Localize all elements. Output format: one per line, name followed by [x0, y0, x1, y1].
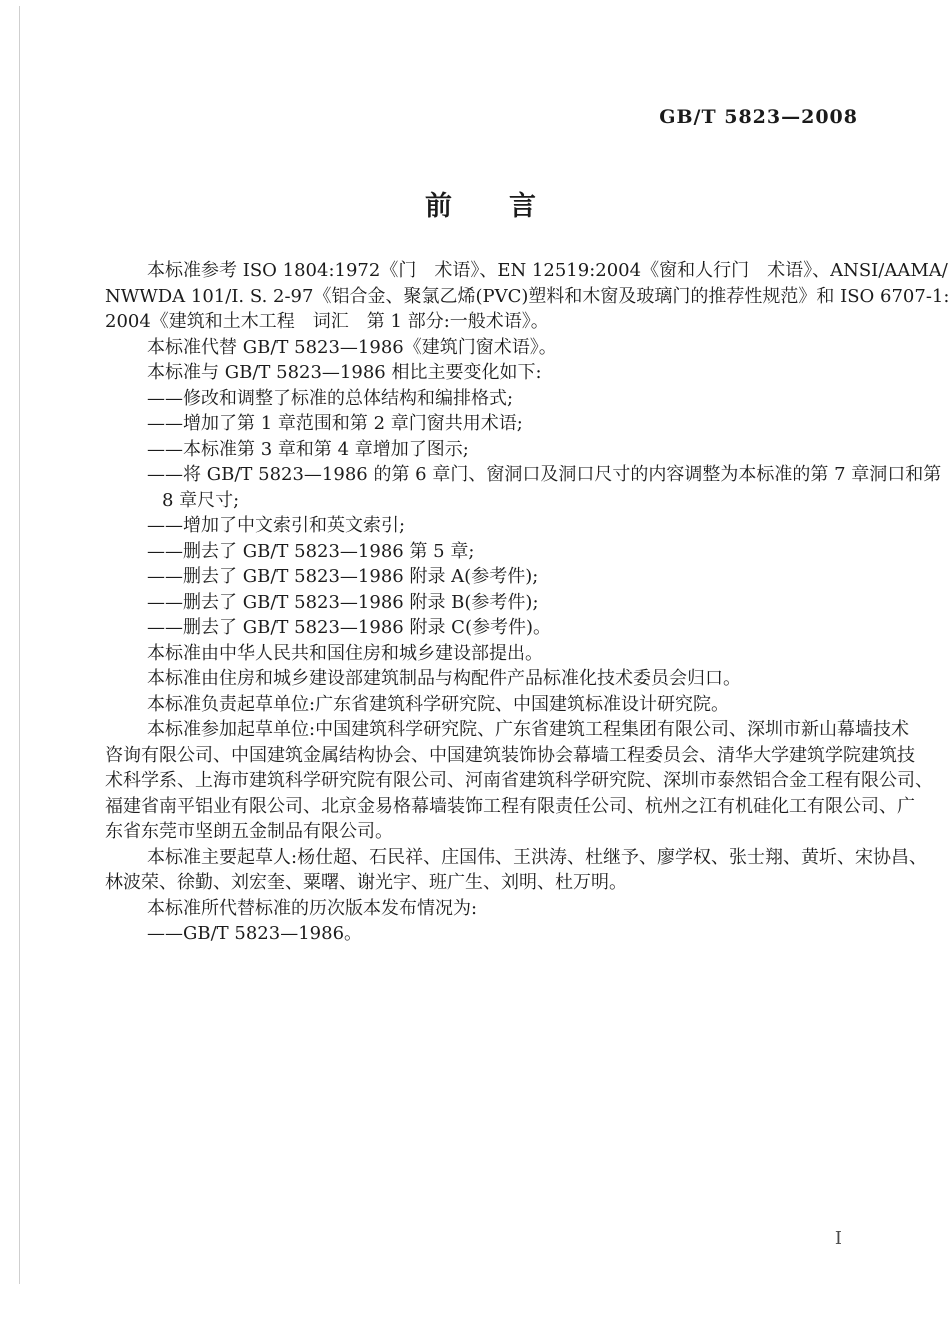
foreword-line: NWWDA 101/I. S. 2-97《铝合金、聚氯乙烯(PVC)塑料和木窗及… — [105, 284, 857, 310]
foreword-line: 8 章尺寸; — [105, 488, 857, 514]
standard-code-header: GB/T 5823—2008 — [659, 106, 858, 128]
page-title: 前 言 — [105, 184, 857, 223]
foreword-line: ——本标准第 3 章和第 4 章增加了图示; — [105, 437, 857, 463]
foreword-line: 本标准由中华人民共和国住房和城乡建设部提出。 — [105, 641, 857, 667]
foreword-line: 本标准由住房和城乡建设部建筑制品与构配件产品标准化技术委员会归口。 — [105, 666, 857, 692]
foreword-line: ——将 GB/T 5823—1986 的第 6 章门、窗洞口及洞口尺寸的内容调整… — [105, 462, 857, 488]
foreword-line: 本标准主要起草人:杨仕超、石民祥、庄国伟、王洪涛、杜继予、廖学权、张士翔、黄圻、… — [105, 845, 857, 871]
foreword-line: ——删去了 GB/T 5823—1986 附录 B(参考件); — [105, 590, 857, 616]
foreword-line: 福建省南平铝业有限公司、北京金易格幕墙装饰工程有限责任公司、杭州之江有机硅化工有… — [105, 794, 857, 820]
foreword-line: ——删去了 GB/T 5823—1986 第 5 章; — [105, 539, 857, 565]
foreword-line: 本标准参加起草单位:中国建筑科学研究院、广东省建筑工程集团有限公司、深圳市新山幕… — [105, 717, 857, 743]
foreword-line: ——增加了第 1 章范围和第 2 章门窗共用术语; — [105, 411, 857, 437]
foreword-line: 本标准代替 GB/T 5823—1986《建筑门窗术语》。 — [105, 335, 857, 361]
foreword-line: 本标准所代替标准的历次版本发布情况为: — [105, 896, 857, 922]
document-page: GB/T 5823—2008 前 言 本标准参考 ISO 1804:1972《门… — [0, 0, 950, 1344]
scan-edge-line — [19, 6, 20, 1284]
foreword-line: ——GB/T 5823—1986。 — [105, 921, 857, 947]
foreword-line: 本标准参考 ISO 1804:1972《门 术语》、EN 12519:2004《… — [105, 258, 857, 284]
foreword-body: 本标准参考 ISO 1804:1972《门 术语》、EN 12519:2004《… — [105, 258, 857, 947]
foreword-line: ——删去了 GB/T 5823—1986 附录 A(参考件); — [105, 564, 857, 590]
page-number: I — [835, 1228, 842, 1249]
foreword-line: 本标准负责起草单位:广东省建筑科学研究院、中国建筑标准设计研究院。 — [105, 692, 857, 718]
foreword-line: 东省东莞市坚朗五金制品有限公司。 — [105, 819, 857, 845]
foreword-line: 本标准与 GB/T 5823—1986 相比主要变化如下: — [105, 360, 857, 386]
foreword-line: ——修改和调整了标准的总体结构和编排格式; — [105, 386, 857, 412]
foreword-line: 咨询有限公司、中国建筑金属结构协会、中国建筑装饰协会幕墙工程委员会、清华大学建筑… — [105, 743, 857, 769]
foreword-line: 2004《建筑和土木工程 词汇 第 1 部分:一般术语》。 — [105, 309, 857, 335]
foreword-line: ——删去了 GB/T 5823—1986 附录 C(参考件)。 — [105, 615, 857, 641]
foreword-line: 林波荣、徐勤、刘宏奎、粟曙、谢光宇、班广生、刘明、杜万明。 — [105, 870, 857, 896]
foreword-line: ——增加了中文索引和英文索引; — [105, 513, 857, 539]
foreword-line: 术科学系、上海市建筑科学研究院有限公司、河南省建筑科学研究院、深圳市泰然铝合金工… — [105, 768, 857, 794]
